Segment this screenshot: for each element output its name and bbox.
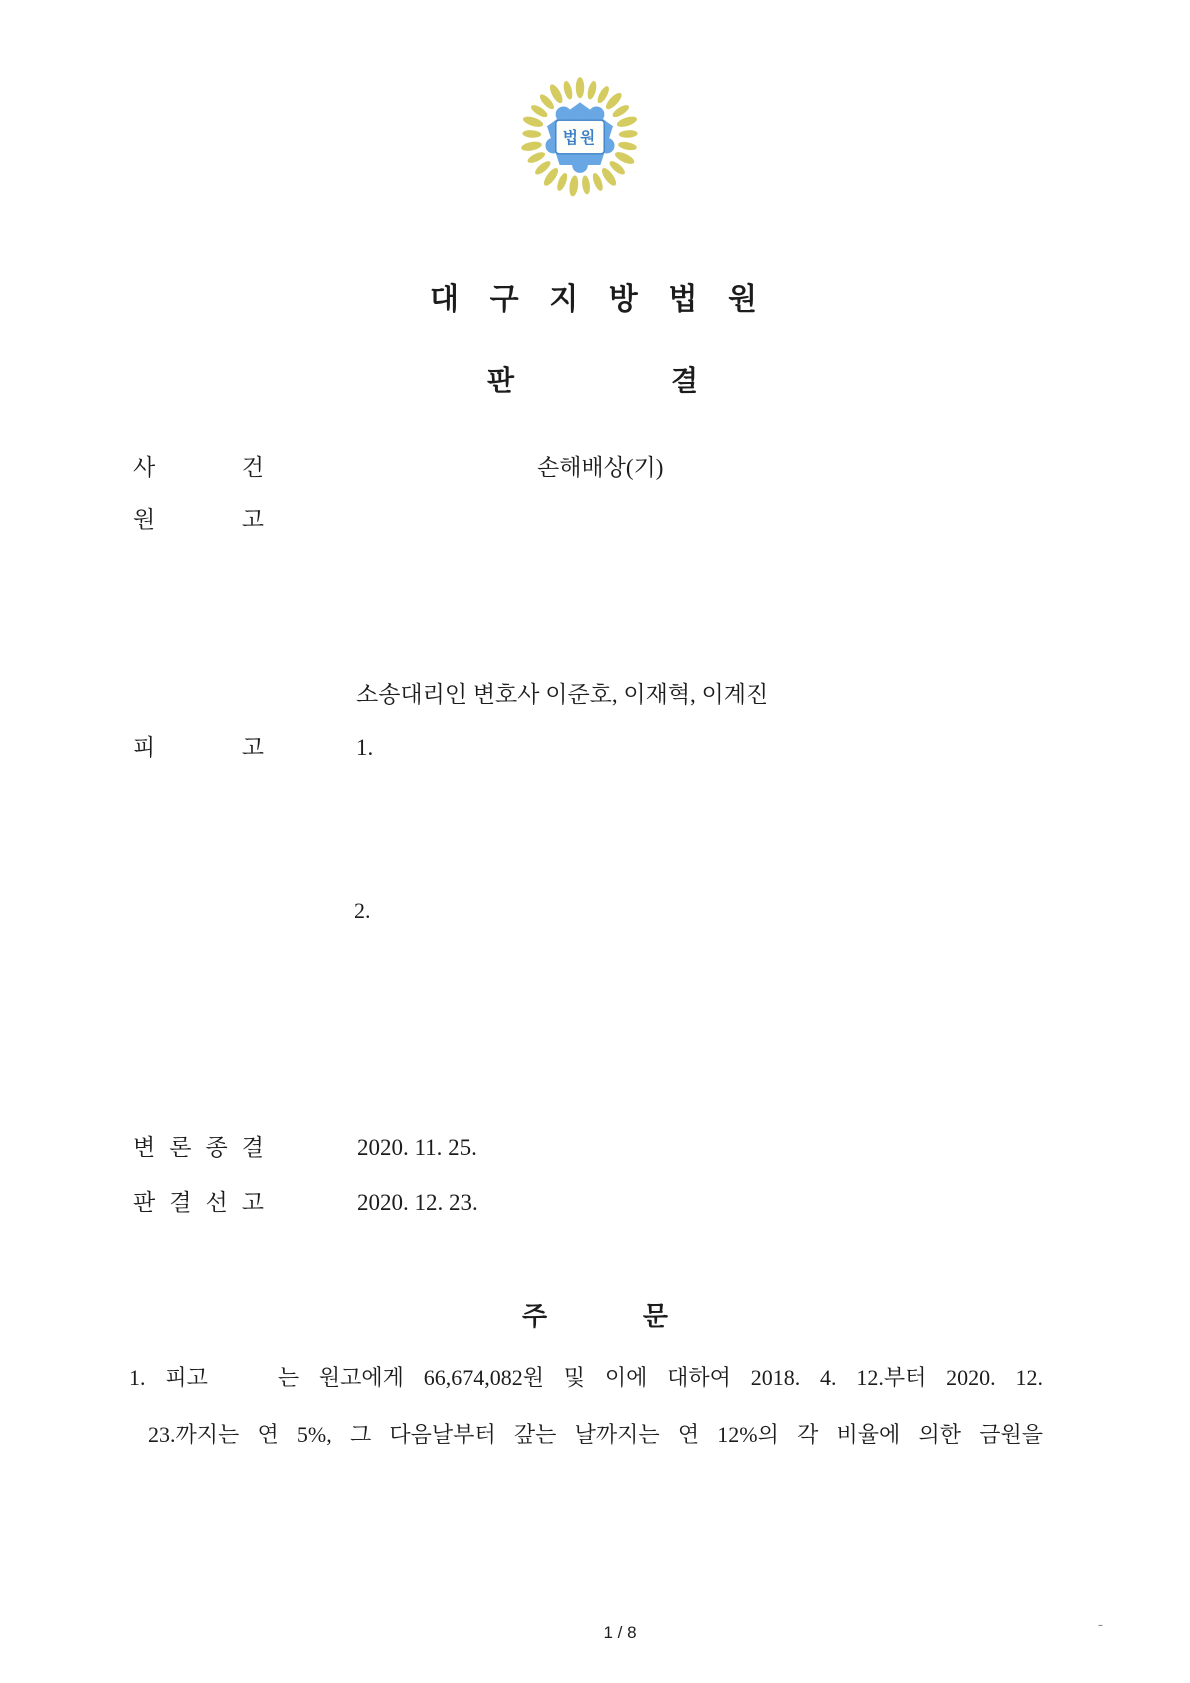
judgment-date-label: 판결선고 (133, 1189, 264, 1217)
defendant-item-2: 2. (354, 898, 371, 924)
order-line-2: 23.까지는 연 5%, 그 다음날부터 갚는 날까지는 연 12%의 각 비율… (148, 1422, 1043, 1448)
order-heading: 주문 (522, 1301, 668, 1332)
court-emblem-icon: 법원 (517, 73, 643, 201)
hearing-closed-date: 2020. 11. 25. (357, 1134, 477, 1162)
hearing-closed-label: 변론종결 (133, 1134, 264, 1162)
order-line-1: 1. 피고는 원고에게 66,674,082원 및 이에 대하여 2018. 4… (129, 1365, 1043, 1391)
document-title: 판결 (487, 365, 698, 399)
emblem-label: 법원 (563, 128, 598, 147)
judgment-document-page: 법원 대구지방법원 판결 사건 손해배상(기) 원고 소송대리인 변호사 이준호… (0, 0, 1190, 1683)
court-name: 대구지방법원 (430, 282, 757, 318)
court-emblem: 법원 (517, 73, 643, 201)
scan-artifact-mark: - (1098, 1616, 1103, 1634)
order-line-1-text: 는 원고에게 66,674,082원 및 이에 대하여 2018. 4. 12.… (278, 1365, 1043, 1390)
judgment-date: 2020. 12. 23. (357, 1189, 478, 1217)
plaintiff-counsel: 소송대리인 변호사 이준호, 이재혁, 이계진 (356, 681, 768, 709)
defendant-item-1: 1. (356, 734, 373, 762)
plaintiff-label: 원고 (133, 506, 264, 534)
defendant-label: 피고 (133, 734, 264, 762)
page-indicator: 1 / 8 (560, 1623, 680, 1643)
order-line-1-prefix: 1. 피고 (129, 1365, 208, 1390)
case-value: 손해배상(기) (537, 454, 663, 482)
case-label: 사건 (133, 454, 264, 482)
